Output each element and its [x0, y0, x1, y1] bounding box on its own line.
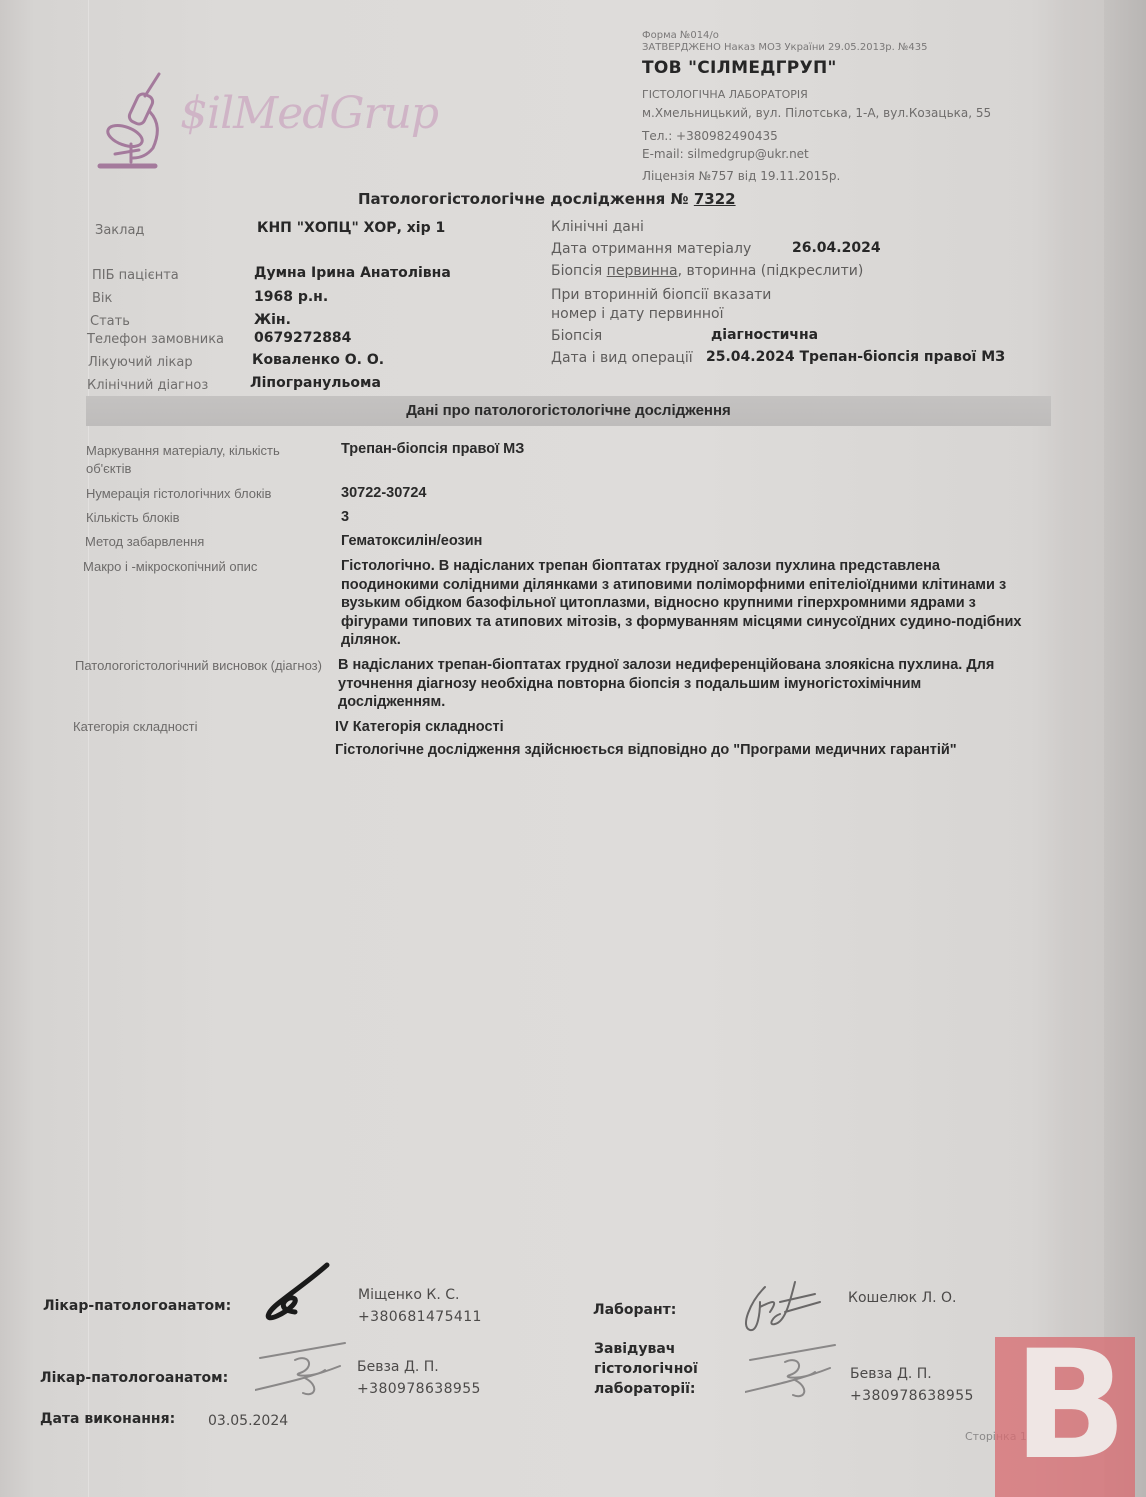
lab-license: Ліцензія №757 від 19.11.2015р. — [642, 169, 840, 183]
patient-name-value: Думна Ірина Анатолівна — [254, 265, 451, 281]
marking-label: Маркування матеріалу, кількість об'єктів — [86, 442, 326, 478]
received-date-value: 26.04.2024 — [792, 240, 881, 256]
biopsy-type-suffix: , вторинна (підкреслити) — [678, 263, 864, 279]
attending-doctor-label: Лікуючий лікар — [88, 355, 193, 370]
customer-phone-label: Телефон замовника — [87, 332, 224, 347]
biopsy-primary-underlined: первинна — [607, 263, 678, 279]
head-label-line3: лабораторії: — [594, 1381, 696, 1397]
lab-head-phone: +380978638955 — [850, 1388, 974, 1404]
sex-label: Стать — [90, 314, 130, 329]
document-title-prefix: Патологогістологічне дослідження № — [358, 190, 689, 208]
marking-value: Трепан-біопсія правої МЗ — [341, 440, 524, 459]
block-count-value: 3 — [341, 508, 349, 527]
patient-name-label: ПІБ пацієнта — [92, 268, 179, 283]
approval-note: ЗАТВЕРДЖЕНО Наказ МОЗ України 29.05.2013… — [642, 42, 928, 53]
staining-method-label: Метод забарвлення — [85, 534, 204, 549]
clinical-diagnosis-value: Ліпогранульома — [250, 375, 381, 391]
paper-fold — [88, 0, 89, 1497]
complexity-label: Категорія складності — [73, 719, 198, 734]
block-numbering-label: Нумерація гістологічних блоків — [86, 486, 271, 501]
secondary-note-line2: номер і дату первинної — [551, 306, 723, 322]
biopsy-value: діагностична — [711, 327, 818, 343]
lab-name: ГІСТОЛОГІЧНА ЛАБОРАТОРІЯ — [642, 88, 808, 101]
signature-lab-head — [745, 1340, 840, 1405]
block-count-label: Кількість блоків — [86, 510, 180, 525]
complexity-value: IV Категорія складності — [335, 718, 504, 737]
conclusion-label: Патологогістологічний висновок (діагноз) — [75, 657, 325, 675]
lab-assistant-label: Лаборант: — [593, 1302, 676, 1318]
logo-text: $ilMedGrup — [180, 88, 438, 139]
pathologist2-label: Лікар-патологоанатом: — [40, 1370, 228, 1386]
customer-phone-value: 0679272884 — [254, 330, 351, 346]
staining-method-value: Гематоксилін/еозин — [341, 532, 482, 551]
operation-label: Дата і вид операції — [551, 350, 693, 366]
lab-email: E-mail: silmedgrup@ukr.net — [642, 147, 809, 161]
secondary-note-line1: При вторинній біопсії вказати — [551, 287, 771, 303]
lab-address: м.Хмельницький, вул. Пілотська, 1-А, вул… — [642, 106, 991, 120]
page-edge-shadow — [1104, 0, 1146, 1497]
description-label: Макро і -мікроскопічний опис — [83, 559, 257, 574]
pathologist2-phone: +380978638955 — [357, 1381, 481, 1397]
guarantee-note: Гістологічне дослідження здійснюється ві… — [335, 741, 957, 760]
section-title: Дані про патологогістологічне дослідженн… — [86, 402, 1051, 419]
operation-value: 25.04.2024 Трепан-біопсія правої МЗ — [706, 349, 1005, 365]
lab-phone: Тел.: +380982490435 — [642, 129, 778, 143]
section-header-bar: Дані про патологогістологічне дослідженн… — [86, 396, 1051, 426]
microscope-icon — [95, 66, 175, 176]
pathologist2-name: Бевза Д. П. — [357, 1359, 439, 1375]
received-date-label: Дата отримання матеріалу — [551, 241, 751, 257]
conclusion-value: В надісланих трепан-біоптатах грудної за… — [338, 656, 1018, 712]
document-number: 7322 — [694, 190, 736, 208]
age-value: 1968 р.н. — [254, 289, 328, 305]
sex-value: Жін. — [254, 312, 291, 328]
attending-doctor-value: Коваленко О. О. — [252, 352, 384, 368]
description-value: Гістологічно. В надісланих трепан біопта… — [341, 557, 1041, 650]
completion-date-label: Дата виконання: — [40, 1411, 175, 1427]
completion-date-value: 03.05.2024 — [208, 1413, 288, 1429]
signature-pathologist2 — [255, 1338, 350, 1403]
signature-pathologist1 — [255, 1260, 335, 1325]
watermark-badge: B — [995, 1337, 1135, 1497]
biopsy-type-line: Біопсія первинна, вторинна (підкреслити) — [551, 263, 863, 279]
head-label-line2: гістологічної — [594, 1361, 698, 1377]
biopsy-type-prefix: Біопсія — [551, 263, 607, 279]
lab-assistant-name: Кошелюк Л. О. — [848, 1290, 956, 1306]
block-numbering-value: 30722-30724 — [341, 484, 426, 503]
institution-label: Заклад — [95, 223, 144, 238]
clinical-diagnosis-label: Клінічний діагноз — [87, 378, 208, 393]
organization-name: ТОВ "СІЛМЕДГРУП" — [642, 58, 837, 78]
pathologist1-label: Лікар-патологоанатом: — [43, 1298, 231, 1314]
pathologist1-phone: +380681475411 — [358, 1309, 482, 1325]
document-title: Патологогістологічне дослідження № 7322 — [358, 190, 736, 208]
company-logo: $ilMedGrup — [95, 66, 445, 176]
form-number: Форма №014/о — [642, 30, 719, 41]
clinical-data-label: Клінічні дані — [551, 219, 644, 235]
signature-lab-assistant — [740, 1272, 830, 1337]
head-label-line1: Завідувач — [594, 1341, 675, 1357]
biopsy-label: Біопсія — [551, 328, 602, 344]
watermark-letter: B — [1013, 1331, 1127, 1481]
institution-value: КНП "ХОПЦ" ХОР, хір 1 — [257, 220, 445, 236]
age-label: Вік — [92, 291, 112, 306]
lab-head-name: Бевза Д. П. — [850, 1366, 932, 1382]
pathologist1-name: Міщенко К. С. — [358, 1287, 459, 1303]
